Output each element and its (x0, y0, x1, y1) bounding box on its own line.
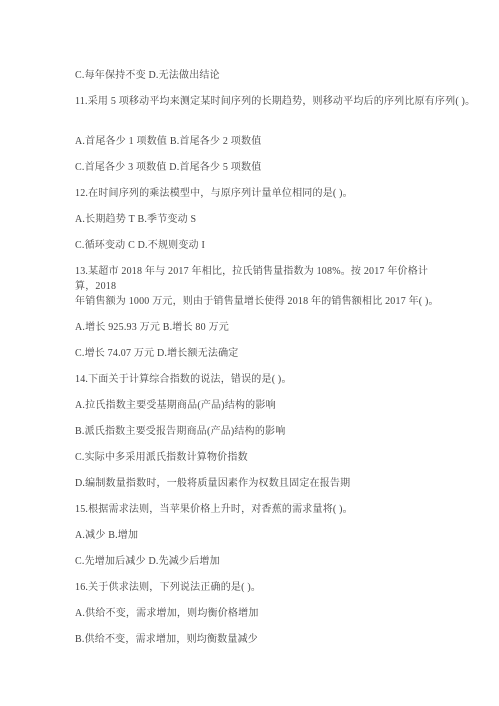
question-11-options-cd: C.首尾各少 3 项数值 D.首尾各少 5 项数值 (75, 160, 439, 175)
question-13-stem-line2: 年销售额为 1000 万元，则由于销售量增长使得 2018 年的销售额相比 20… (75, 296, 439, 307)
question-15-options-ab: A.减少 B.增加 (75, 528, 439, 543)
question-13-stem: 13.某超市 2018 年与 2017 年相比，拉氏销售量指数为 108%。按 … (75, 264, 439, 309)
document-page: C.每年保持不变 D.无法做出结论 11.采用 5 项移动平均来测定某时间序列的… (0, 0, 499, 706)
question-11-options-ab: A.首尾各少 1 项数值 B.首尾各少 2 项数值 (75, 134, 439, 149)
question-14-stem: 14.下面关于计算综合指数的说法，错误的是( )。 (75, 372, 439, 387)
question-15-stem: 15.根据需求法则，当苹果价格上升时，对香蕉的需求量将( )。 (75, 502, 439, 517)
question-16-stem: 16.关于供求法则，下列说法正确的是( )。 (75, 580, 439, 595)
question-list: C.每年保持不变 D.无法做出结论 11.采用 5 项移动平均来测定某时间序列的… (75, 68, 439, 658)
question-12-stem: 12.在时间序列的乘法模型中，与原序列计量单位相同的是( )。 (75, 186, 439, 201)
question-14-option-c: C.实际中多采用派氏指数计算物价指数 (75, 450, 439, 465)
question-14-option-d: D.编制数量指数时，一般将质量因素作为权数且固定在报告期 (75, 476, 439, 491)
question-12-options-cd: C.循环变动 C D.不规则变动 I (75, 238, 439, 253)
question-13-options-ab: A.增长 925.93 万元 B.增长 80 万元 (75, 320, 439, 335)
question-14-option-b: B.派氏指数主要受报告期商品(产品)结构的影响 (75, 424, 439, 439)
question-12-options-ab: A.长期趋势 T B.季节变动 S (75, 212, 439, 227)
question-13-stem-line1: 13.某超市 2018 年与 2017 年相比，拉氏销售量指数为 108%。按 … (75, 266, 428, 292)
question-14-option-a: A.拉氏指数主要受基期商品(产品)结构的影响 (75, 398, 439, 413)
question-15-options-cd: C.先增加后减少 D.先减少后增加 (75, 554, 439, 569)
question-16-option-a: A.供给不变，需求增加，则均衡价格增加 (75, 606, 439, 621)
question-13-options-cd: C.增长 74.07 万元 D.增长额无法确定 (75, 346, 439, 361)
question-16-option-b: B.供给不变，需求增加，则均衡数量减少 (75, 632, 439, 647)
question-11-stem: 11.采用 5 项移动平均来测定某时间序列的长期趋势，则移动平均后的序列比原有序… (75, 94, 439, 109)
question-10-options-cd: C.每年保持不变 D.无法做出结论 (75, 68, 439, 83)
